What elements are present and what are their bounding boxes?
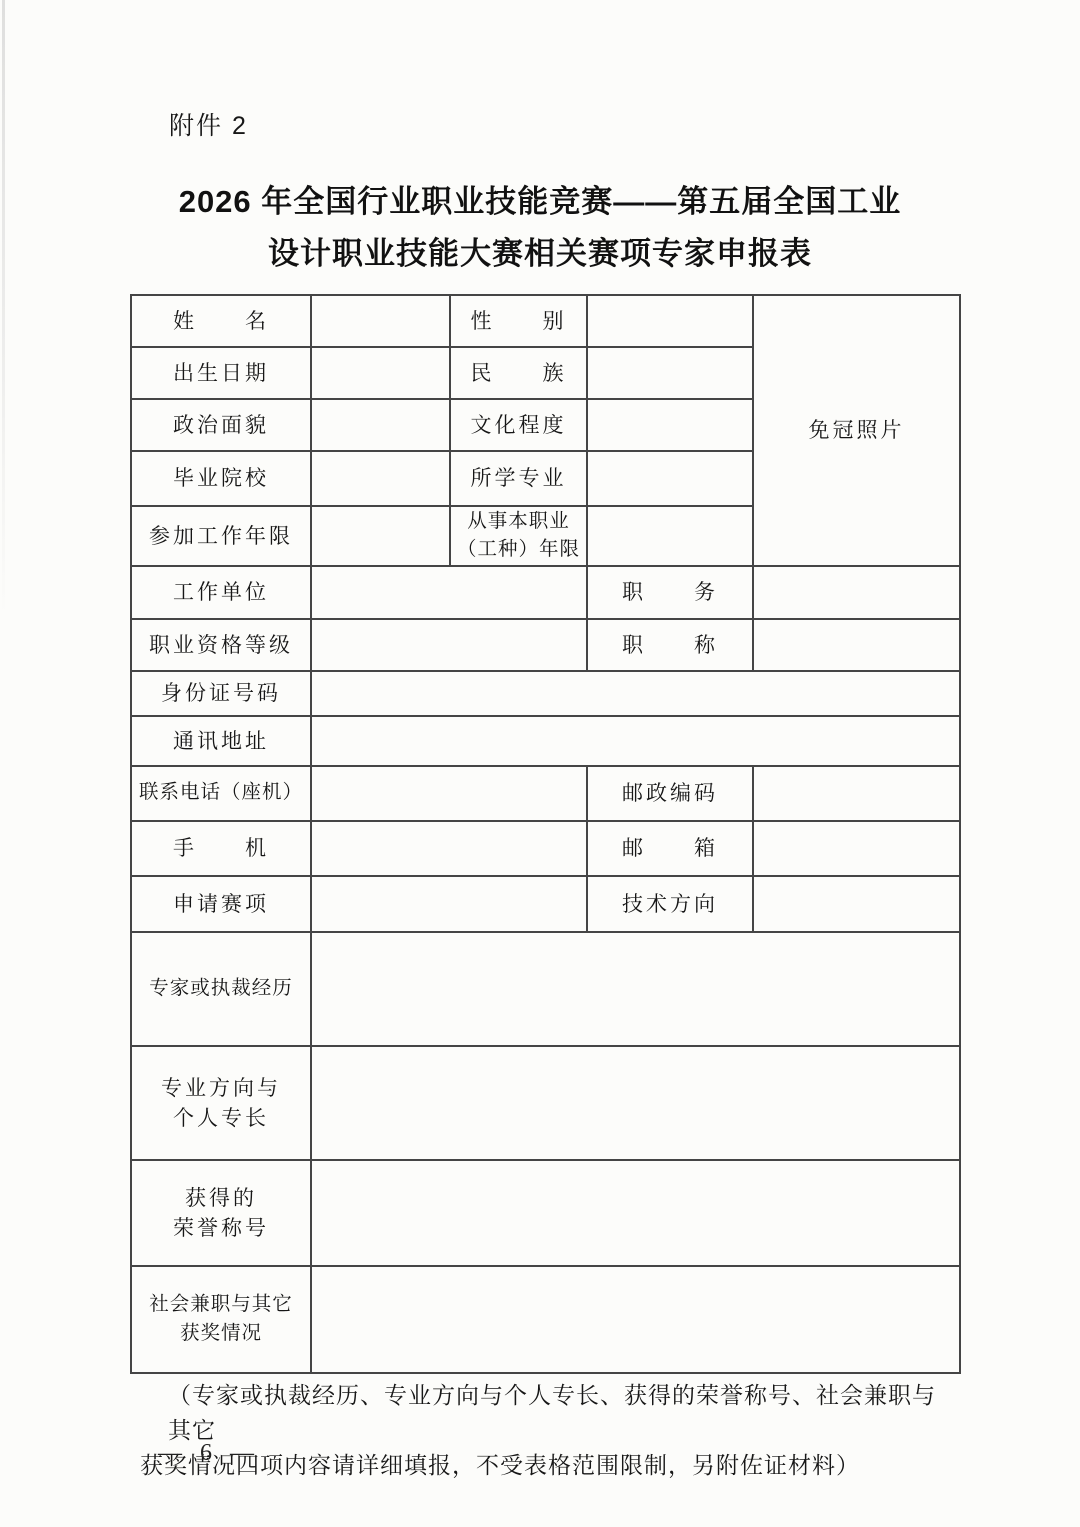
scan-artifact <box>2 0 5 620</box>
label-id-number: 身份证号码 <box>131 671 311 716</box>
value-mobile-phone <box>311 821 587 876</box>
label-email: 邮 箱 <box>587 821 753 876</box>
label-specialty: 专业方向与 个人专长 <box>131 1046 311 1160</box>
title-line-2: 设计职业技能大赛相关赛项专家申报表 <box>0 228 1080 280</box>
value-landline-phone <box>311 766 587 821</box>
label-mobile-phone: 手 机 <box>131 821 311 876</box>
label-honors: 获得的 荣誉称号 <box>131 1160 311 1266</box>
value-applied-event <box>311 876 587 932</box>
scanned-form-page: 附件 2 2026 年全国行业职业技能竞赛——第五届全国工业 设计职业技能大赛相… <box>0 0 1080 1527</box>
form-footnote: （专家或执裁经历、专业方向与个人专长、获得的荣誉称号、社会兼职与其它 获奖情况四… <box>140 1378 950 1483</box>
value-social-positions-awards <box>311 1266 960 1373</box>
value-professional-title <box>753 619 960 671</box>
value-gender <box>587 295 753 347</box>
photo-placeholder-label: 免冠照片 <box>809 418 905 442</box>
value-political-status <box>311 399 450 451</box>
label-honors-line1: 获得的 <box>136 1183 306 1213</box>
label-name: 姓 名 <box>131 295 311 347</box>
label-social-positions-awards-line1: 社会兼职与其它 <box>136 1291 306 1319</box>
footnote-line-2: 获奖情况四项内容请详细填报，不受表格范围限制，另附佐证材料） <box>140 1448 950 1483</box>
value-expert-judge-experience <box>311 932 960 1046</box>
label-work-unit: 工作单位 <box>131 566 311 619</box>
label-expert-judge-experience: 专家或执裁经历 <box>131 932 311 1046</box>
value-postal-code <box>753 766 960 821</box>
label-landline-phone: 联系电话（座机） <box>131 766 311 821</box>
label-occupation-years-line1: 从事本职业 <box>455 508 582 536</box>
photo-cell: 免冠照片 <box>753 295 960 566</box>
value-graduate-school <box>311 451 450 506</box>
value-specialty <box>311 1046 960 1160</box>
value-major <box>587 451 753 506</box>
label-work-years: 参加工作年限 <box>131 506 311 566</box>
label-graduate-school: 毕业院校 <box>131 451 311 506</box>
label-political-status: 政治面貌 <box>131 399 311 451</box>
label-gender: 性 别 <box>450 295 587 347</box>
value-qualification-level <box>311 619 587 671</box>
label-position: 职 务 <box>587 566 753 619</box>
value-birth-date <box>311 347 450 399</box>
label-technical-direction: 技术方向 <box>587 876 753 932</box>
label-social-positions-awards-line2: 获奖情况 <box>136 1320 306 1348</box>
label-postal-code: 邮政编码 <box>587 766 753 821</box>
value-education-level <box>587 399 753 451</box>
label-professional-title: 职 称 <box>587 619 753 671</box>
label-birth-date: 出生日期 <box>131 347 311 399</box>
value-name <box>311 295 450 347</box>
value-work-years <box>311 506 450 566</box>
label-occupation-years-line2: （工种）年限 <box>455 536 582 564</box>
value-mailing-address <box>311 716 960 766</box>
value-honors <box>311 1160 960 1266</box>
value-email <box>753 821 960 876</box>
value-technical-direction <box>753 876 960 932</box>
value-position <box>753 566 960 619</box>
document-title: 2026 年全国行业职业技能竞赛——第五届全国工业 设计职业技能大赛相关赛项专家… <box>0 176 1080 280</box>
label-education-level: 文化程度 <box>450 399 587 451</box>
label-major: 所学专业 <box>450 451 587 506</box>
label-qualification-level: 职业资格等级 <box>131 619 311 671</box>
application-form-table: 姓 名 性 别 免冠照片 出生日期 民 族 政治面貌 文化程度 <box>130 294 961 1374</box>
footnote-line-1: （专家或执裁经历、专业方向与个人专长、获得的荣誉称号、社会兼职与其它 <box>140 1378 950 1448</box>
value-occupation-years <box>587 506 753 566</box>
label-ethnicity: 民 族 <box>450 347 587 399</box>
label-mailing-address: 通讯地址 <box>131 716 311 766</box>
label-specialty-line1: 专业方向与 <box>136 1073 306 1103</box>
label-specialty-line2: 个人专长 <box>136 1103 306 1133</box>
attachment-label: 附件 2 <box>169 106 248 142</box>
label-occupation-years: 从事本职业 （工种）年限 <box>450 506 587 566</box>
value-work-unit <box>311 566 587 619</box>
value-id-number <box>311 671 960 716</box>
label-applied-event: 申请赛项 <box>131 876 311 932</box>
page-number: — 6 — <box>158 1440 260 1467</box>
label-honors-line2: 荣誉称号 <box>136 1213 306 1243</box>
label-social-positions-awards: 社会兼职与其它 获奖情况 <box>131 1266 311 1373</box>
value-ethnicity <box>587 347 753 399</box>
title-line-1: 2026 年全国行业职业技能竞赛——第五届全国工业 <box>0 176 1080 228</box>
